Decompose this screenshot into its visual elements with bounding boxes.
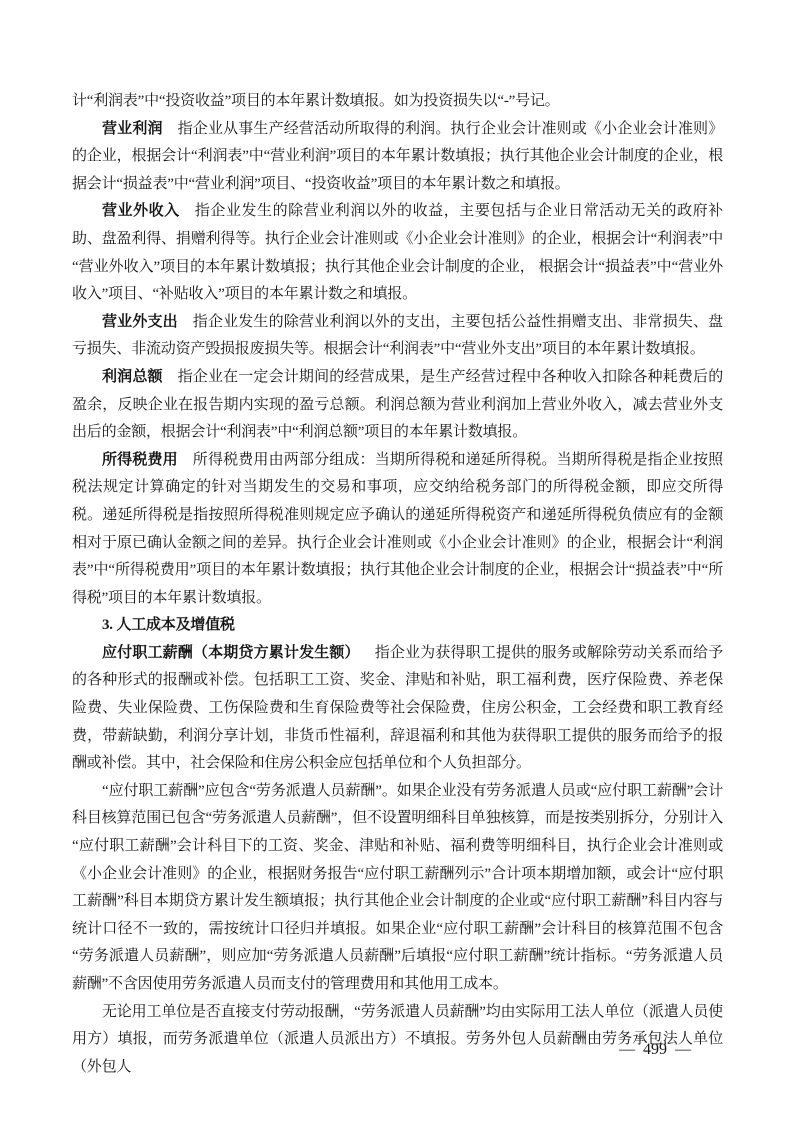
document-page: 计“利润表”中“投资收益”项目的本年累计数填报。如为投资损失以“-”号记。 营业…	[0, 0, 793, 1122]
paragraph-income-tax-expense: 所得税费用所得税费用由两部分组成：当期所得税和递延所得税。当期所得税是指企业按照…	[72, 447, 723, 613]
paragraph-dispatched-labor-remuneration: “应付职工薪酬”应包含“劳务派遣人员薪酬”。如果企业没有劳务派遣人员或“应付职工…	[72, 778, 723, 999]
paragraph-term: 应付职工薪酬（本期贷方累计发生额）	[102, 645, 360, 661]
paragraph-term: 营业外支出	[102, 314, 178, 330]
footer-right-dash: —	[675, 1040, 691, 1060]
paragraph-term: 营业利润	[102, 121, 163, 137]
paragraph-term: 营业外收入	[102, 203, 180, 219]
page-footer: —499—	[611, 1040, 699, 1060]
paragraph-text: 所得税费用由两部分组成：当期所得税和递延所得税。当期所得税是指企业按照税法规定计…	[72, 452, 723, 606]
paragraph-operating-profit: 营业利润指企业从事生产经营活动所取得的利润。执行企业会计准则或《小企业会计准则》…	[72, 116, 723, 199]
paragraph-total-profit: 利润总额指企业在一定会计期间的经营成果，是生产经营过程中各种收入扣除各种耗费后的…	[72, 364, 723, 447]
paragraph-term: 利润总额	[102, 369, 163, 385]
page-content: 计“利润表”中“投资收益”项目的本年累计数填报。如为投资损失以“-”号记。 营业…	[72, 88, 723, 1081]
paragraph-continuation: 计“利润表”中“投资收益”项目的本年累计数填报。如为投资损失以“-”号记。	[72, 88, 723, 116]
paragraph-term: 所得税费用	[102, 452, 178, 468]
page-number: 499	[643, 1041, 667, 1058]
paragraph-nonoperating-income: 营业外收入指企业发生的除营业利润以外的收益，主要包括与企业日常活动无关的政府补助…	[72, 198, 723, 308]
paragraph-text: 指企业为获得职工提供的服务或解除劳动关系而给予的各种形式的报酬或补偿。包括职工工…	[72, 645, 723, 771]
paragraph-text: 指企业从事生产经营活动所取得的利润。执行企业会计准则或《小企业会计准则》的企业，…	[72, 121, 723, 192]
paragraph-nonoperating-expense: 营业外支出指企业发生的除营业利润以外的支出，主要包括公益性捐赠支出、非常损失、盘…	[72, 309, 723, 364]
paragraph-text: 计“利润表”中“投资收益”项目的本年累计数填报。如为投资损失以“-”号记。	[72, 93, 560, 109]
paragraph-text: 指企业在一定会计期间的经营成果，是生产经营过程中各种收入扣除各种耗费后的盈余，反…	[72, 369, 723, 440]
footer-left-dash: —	[619, 1040, 635, 1060]
paragraph-text: “应付职工薪酬”应包含“劳务派遣人员薪酬”。如果企业没有劳务派遣人员或“应付职工…	[72, 783, 723, 992]
paragraph-payroll-payable: 应付职工薪酬（本期贷方累计发生额）指企业为获得职工提供的服务或解除劳动关系而给予…	[72, 640, 723, 778]
section-heading-labor-cost-vat: 3. 人工成本及增值税	[72, 612, 723, 640]
